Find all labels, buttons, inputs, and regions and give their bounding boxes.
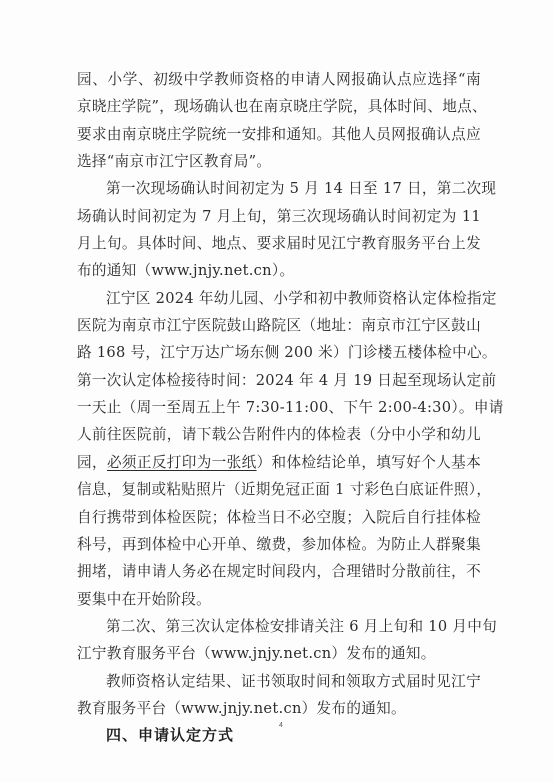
text-line: 布的通知（www.jnjy.net.cn）。: [77, 257, 481, 284]
text-fragment: ）和体检结论单，填写好个人基本: [257, 454, 481, 471]
text-line: 医院为南京市江宁医院鼓山路院区（地址：南京市江宁区鼓山: [77, 312, 481, 339]
text-line: 江宁区 2024 年幼儿园、小学和初中教师资格认定体检指定: [77, 285, 481, 312]
text-line: 京晓庄学院”，现场确认也在南京晓庄学院，具体时间、地点、: [77, 93, 481, 120]
text-line: 要求由南京晓庄学院统一安排和通知。其他人员网报确认点应: [77, 121, 481, 148]
text-line: 第二次、第三次认定体检安排请关注 6 月上旬和 10 月中旬: [77, 613, 481, 640]
text-line: 月上旬。具体时间、地点、要求届时见江宁教育服务平台上发: [77, 230, 481, 257]
text-line: 要集中在开始阶段。: [77, 586, 481, 613]
text-line: 拥堵，请申请人务必在规定时间段内，合理错时分散前往，不: [77, 558, 481, 585]
text-line: 场确认时间初定为 7 月上旬，第三次现场确认时间初定为 11: [77, 203, 481, 230]
text-line: 信息，复制或粘贴照片（近期免冠正面 1 寸彩色白底证件照），: [77, 476, 481, 503]
text-line: 教师资格认定结果、证书领取时间和领取方式届时见江宁: [77, 668, 481, 695]
underlined-text-line: 园，必须正反打印为一张纸）和体检结论单，填写好个人基本: [77, 449, 481, 476]
text-line: 自行携带到体检医院；体检当日不必空腹；入院后自行挂体检: [77, 504, 481, 531]
text-line: 园、小学、初级中学教师资格的申请人网报确认点应选择“南: [77, 66, 481, 93]
text-line: 选择“南京市江宁区教育局”。: [77, 148, 481, 175]
text-fragment: 园，: [77, 454, 107, 471]
text-line: 江宁教育服务平台（www.jnjy.net.cn）发布的通知。: [77, 640, 481, 667]
document-page: 园、小学、初级中学教师资格的申请人网报确认点应选择“南 京晓庄学院”，现场确认也…: [0, 0, 554, 782]
text-line: 第一次现场确认时间初定为 5 月 14 日至 17 日，第二次现: [77, 175, 481, 202]
text-line: 教育服务平台（www.jnjy.net.cn）发布的通知。: [77, 695, 481, 722]
text-line: 路 168 号，江宁万达广场东侧 200 米）门诊楼五楼体检中心。: [77, 339, 481, 366]
page-number: 4: [276, 722, 286, 729]
text-line: 人前往医院前，请下载公告附件内的体检表（分中小学和幼儿: [77, 421, 481, 448]
text-line: 科号，再到体检中心开单、缴费，参加体检。为防止人群聚集: [77, 531, 481, 558]
text-line: 一天止（周一至周五上午 7:30-11:00、下午 2:00-4:30）。申请: [77, 394, 481, 421]
document-body: 园、小学、初级中学教师资格的申请人网报确认点应选择“南 京晓庄学院”，现场确认也…: [77, 66, 481, 750]
text-line: 第一次认定体检接待时间：2024 年 4 月 19 日起至现场认定前: [77, 367, 481, 394]
underlined-emphasis: 必须正反打印为一张纸: [107, 454, 257, 471]
